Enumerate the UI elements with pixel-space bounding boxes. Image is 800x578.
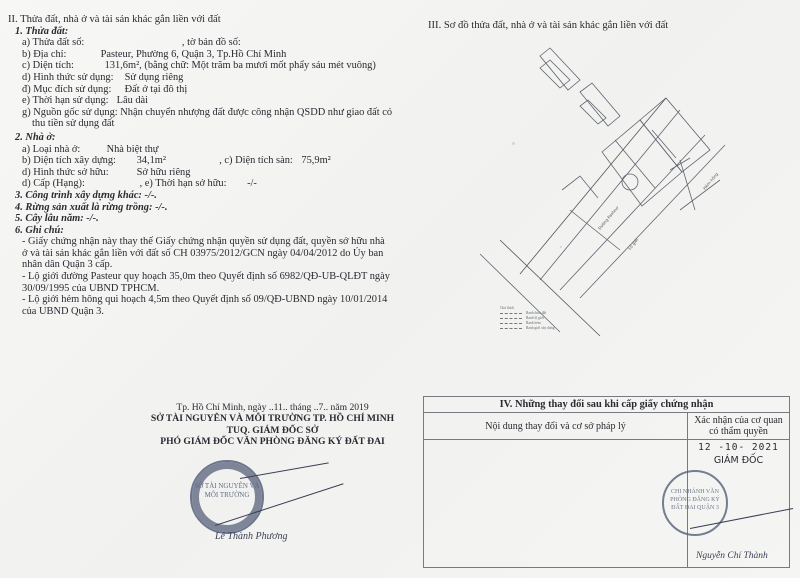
confirm-signer-name: Nguyễn Chí Thành xyxy=(696,551,768,561)
diagram-legend: Chú thích Ranh thửa đất Ranh lộ giới Ran… xyxy=(500,306,710,331)
land-address: b) Địa chỉ: Pasteur, Phường 6, Quận 3, T… xyxy=(22,49,403,61)
land-use-purpose: đ) Mục đích sử dụng: Đất ở tại đô thị xyxy=(22,84,403,96)
svg-text:Hẻm hông: Hẻm hông xyxy=(702,171,719,190)
confirm-title: GIÁM ĐỐC xyxy=(692,455,785,466)
issuer-signature-block: Tp. Hồ Chí Minh, ngày ..11.. tháng ..7..… xyxy=(135,402,410,448)
note-item: - Lộ giới đường Pasteur quy hoạch 35,0m … xyxy=(22,271,392,294)
house-heading: 2. Nhà ở: xyxy=(15,132,403,144)
land-area: c) Diện tích: 131,6m², (bằng chữ: Một tr… xyxy=(22,60,403,72)
confirm-date: 12 -10- 2021 xyxy=(692,442,785,453)
land-parcel-number: a) Thửa đất số: , tờ bản đồ số: xyxy=(22,37,403,49)
land-use-origin: g) Nguồn gốc sử dụng: Nhận chuyển nhượng… xyxy=(22,107,403,119)
section-iii-title: III. Sơ đồ thửa đất, nhà ở và tài sản kh… xyxy=(428,20,668,31)
issuer-org: SỞ TÀI NGUYÊN VÀ MÔI TRƯỜNG TP. HỒ CHÍ M… xyxy=(135,413,410,425)
house-grade: d) Cấp (Hạng): , e) Thời hạn sở hữu: -/- xyxy=(22,178,403,190)
change-content-cell xyxy=(424,440,688,568)
svg-text:Đường Pasteur: Đường Pasteur xyxy=(597,205,620,231)
issuer-position: PHÓ GIÁM ĐỐC VĂN PHÒNG ĐĂNG KÝ ĐẤT ĐAI xyxy=(135,436,410,448)
note-item: - Giấy chứng nhận này thay thế Giấy chứn… xyxy=(22,236,392,271)
issue-date: Tp. Hồ Chí Minh, ngày ..11.. tháng ..7..… xyxy=(135,402,410,413)
official-seal-icon: SỞ TÀI NGUYÊN VÀ MÔI TRƯỜNG xyxy=(190,460,264,534)
land-use-form: d) Hình thức sử dụng: Sử dụng riêng xyxy=(22,72,403,84)
column-header-confirm: Xác nhận của cơ quan có thẩm quyền xyxy=(688,413,790,440)
notes-heading: 6. Ghi chú: xyxy=(15,225,403,237)
legend-item: Ranh giới xây dựng xyxy=(500,326,710,331)
section-iv-title: IV. Những thay đổi sau khi cấp giấy chứn… xyxy=(424,397,790,413)
column-header-content: Nội dung thay đổi và cơ sở pháp lý xyxy=(424,413,688,440)
issuer-signer-name: Lê Thành Phương xyxy=(215,531,287,542)
section-ii: II. Thửa đất, nhà ở và tài sản khác gắn … xyxy=(8,14,403,317)
certificate-page: II. Thửa đất, nhà ở và tài sản khác gắn … xyxy=(0,0,800,578)
changes-table: IV. Những thay đổi sau khi cấp giấy chứn… xyxy=(423,396,790,568)
note-item: - Lộ giới hẻm hông qui hoạch 4,5m theo Q… xyxy=(22,294,392,317)
house-built-area: b) Diện tích xây dựng: 34,1m² , c) Diện … xyxy=(22,155,403,167)
production-forest: 4. Rừng sản xuất là rừng trồng: -/-. xyxy=(15,202,403,214)
perennial-trees: 5. Cây lâu năm: -/-. xyxy=(15,213,403,225)
house-type: a) Loại nhà ở: Nhà biệt thự xyxy=(22,144,403,156)
house-ownership: d) Hình thức sở hữu: Sở hữu riêng xyxy=(22,167,403,179)
land-use-origin-cont: thu tiền sử dụng đất xyxy=(32,118,403,130)
svg-text:Lộ giới: Lộ giới xyxy=(627,237,639,250)
section-ii-title: II. Thửa đất, nhà ở và tài sản khác gắn … xyxy=(8,14,403,26)
issuer-on-behalf: TUQ. GIÁM ĐỐC SỞ xyxy=(135,425,410,437)
other-works: 3. Công trình xây dựng khác: -/-. xyxy=(15,190,403,202)
land-heading: 1. Thửa đất: xyxy=(15,26,403,38)
land-use-term: e) Thời hạn sử dụng: Lâu dài xyxy=(22,95,403,107)
